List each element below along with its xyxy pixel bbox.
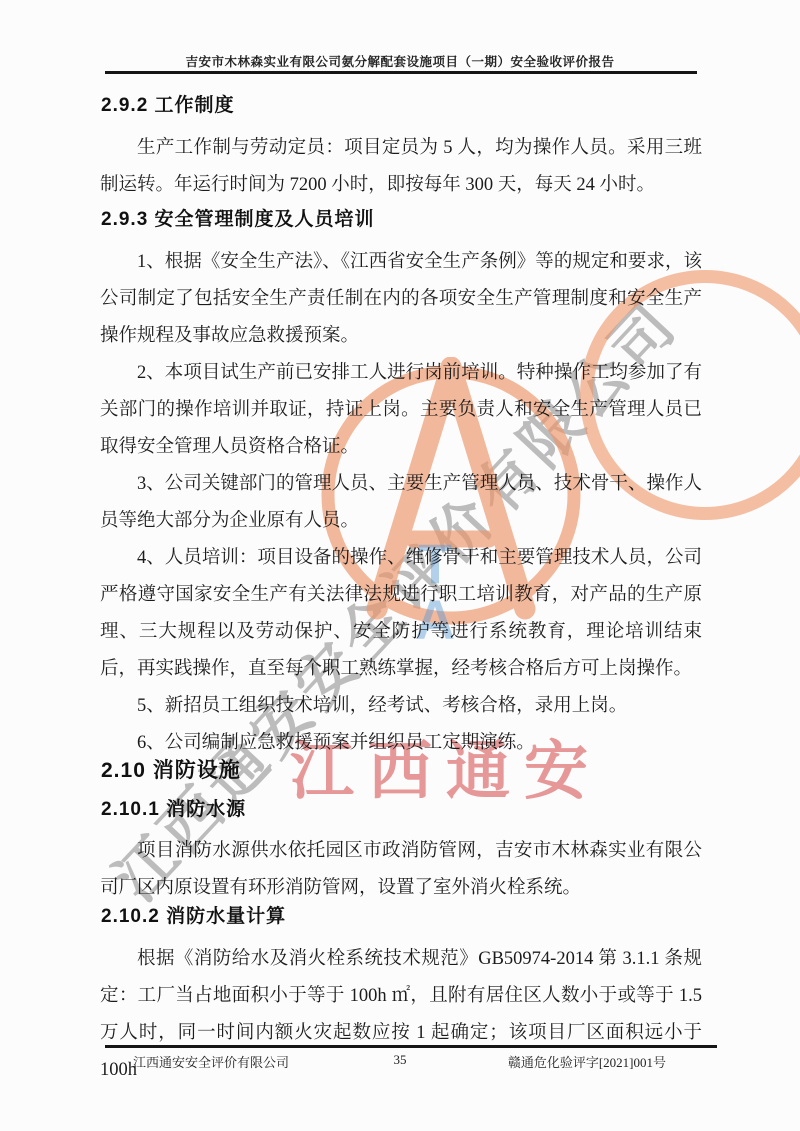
body-paragraph: 1、根据《安全生产法》、《江西省安全生产条例》等的规定和要求，该公司制定了包括安… [100,244,702,355]
footer-company-name: 江西通安安全评价有限公司 [133,1052,289,1071]
page-content: 吉安市木林森实业有限公司氨分解配套设施项目（一期）安全验收评价报告 2.9.2 … [0,0,800,1131]
header-rule [105,71,697,74]
report-page: 江西通安安全评价有限公司 T A 江西通安 吉安市木林森实业有限公司氨分解配套设… [0,0,800,1131]
section-heading-2-9-3: 2.9.3 安全管理制度及人员培训 [101,208,701,232]
section-heading-2-10: 2.10 消防设施 [101,758,701,784]
footer-rule [105,1045,717,1048]
body-paragraph: 6、公司编制应急救援预案并组织员工定期演练。 [100,725,702,762]
body-paragraph: 生产工作制与劳动定员：项目定员为 5 人，均为操作人员。采用三班制运转。年运行时… [100,130,702,204]
body-paragraph: 3、公司关键部门的管理人员、主要生产管理人员、技术骨干、操作人员等绝大部分为企业… [100,466,702,540]
section-heading-2-10-1: 2.10.1 消防水源 [101,798,701,822]
footer-doc-number: 赣通危化验评字[2021]001号 [508,1052,666,1071]
page-footer: 江西通安安全评价有限公司 35 赣通危化验评字[2021]001号 [0,1052,800,1072]
footer-page-number: 35 [394,1052,407,1068]
page-header-title: 吉安市木林森实业有限公司氨分解配套设施项目（一期）安全验收评价报告 [0,52,800,70]
body-paragraph: 2、本项目试生产前已安排工人进行岗前培训。特种操作工均参加了有关部门的操作培训并… [100,355,702,466]
body-paragraph: 5、新招员工组织技术培训，经考试、考核合格，录用上岗。 [100,688,702,725]
body-paragraph: 4、人员培训：项目设备的操作、维修骨干和主要管理技术人员，公司严格遵守国家安全生… [100,540,702,688]
section-heading-2-10-2: 2.10.2 消防水量计算 [101,905,701,929]
section-heading-2-9-2: 2.9.2 工作制度 [101,94,701,118]
body-paragraph: 项目消防水源供水依托园区市政消防管网，吉安市木林森实业有限公司厂区内原设置有环形… [100,833,702,907]
